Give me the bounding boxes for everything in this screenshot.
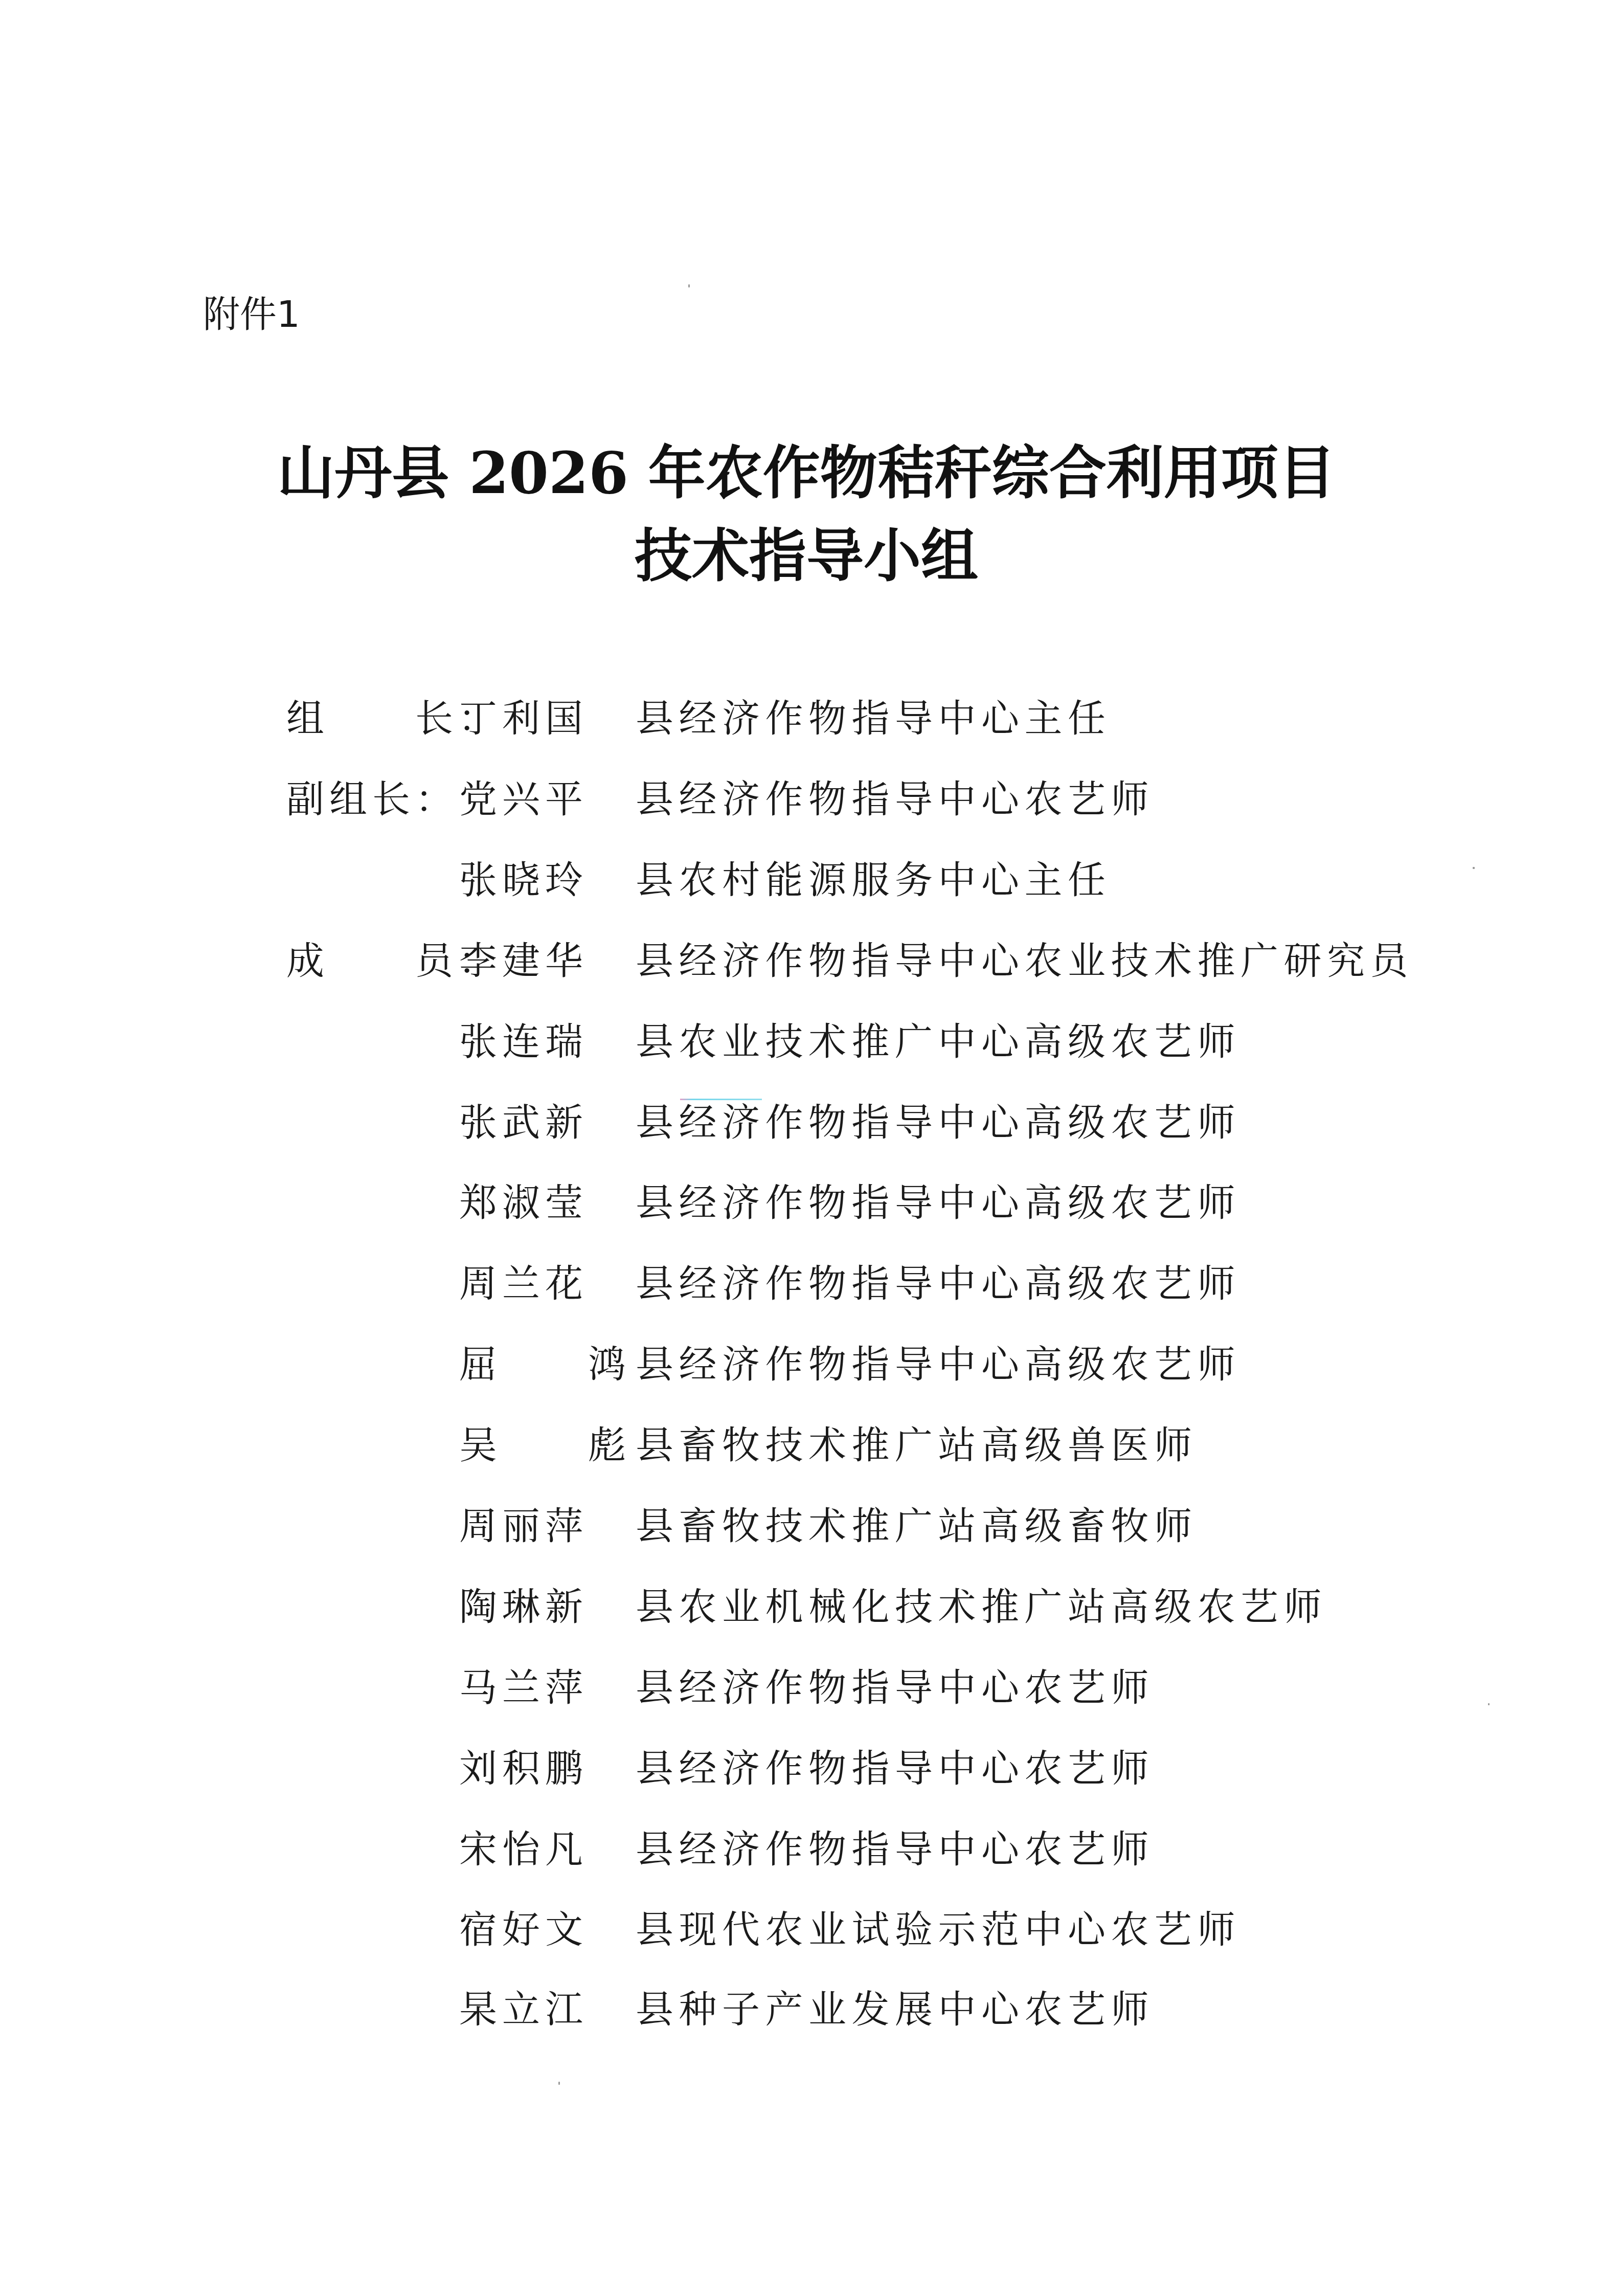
person-position: 县现代农业试验示范中心农艺师 [636,1902,1241,1958]
person-position: 县经济作物指导中心高级农艺师 [636,1175,1241,1231]
roster-row-member: 屈 鸿 县经济作物指导中心高级农艺师 [0,1336,1623,1393]
person-name: 周丽萍 [459,1498,623,1554]
person-name: 张连瑞 [459,1014,623,1070]
person-name: 李建华 [459,933,623,989]
scan-artifact-speck [1473,867,1475,869]
roster-row-member: 宿好文 县现代农业试验示范中心农艺师 [0,1902,1623,1958]
person-position: 县经济作物指导中心农艺师 [636,771,1154,828]
person-name: 郑淑莹 [459,1175,623,1231]
person-position: 县经济作物指导中心农艺师 [636,1660,1154,1716]
person-name: 党兴平 [459,771,623,828]
person-position: 县经济作物指导中心农艺师 [636,1741,1154,1797]
roster-row-member: 张连瑞 县农业技术推广中心高级农艺师 [0,1014,1623,1070]
role-label: 成 员： [286,933,455,989]
person-position: 县农业机械化技术推广站高级农艺师 [636,1579,1327,1635]
person-name: 马兰萍 [459,1660,623,1716]
roster-row-member: 周兰花 县经济作物指导中心高级农艺师 [0,1256,1623,1312]
roster-row-deputy-leader: 副组长： 党兴平 县经济作物指导中心农艺师 [0,771,1623,828]
scan-artifact-speck [558,2082,560,2085]
person-name: 杲立江 [459,1981,623,2038]
roster-row-member: 吴 彪 县畜牧技术推广站高级兽医师 [0,1417,1623,1474]
role-label: 组 长： [286,690,455,747]
roster-row-member: 宋怡凡 县经济作物指导中心农艺师 [0,1821,1623,1878]
document-title-line-1: 山丹县 2026 年农作物秸秆综合利用项目 [0,438,1618,509]
attachment-label: 附件1 [203,289,300,339]
roster-row-member: 周丽萍 县畜牧技术推广站高级畜牧师 [0,1498,1623,1554]
scan-artifact-line [680,1099,762,1100]
roster-row-member: 成 员： 李建华 县经济作物指导中心农业技术推广研究员 [0,933,1623,989]
person-position: 县畜牧技术推广站高级兽医师 [636,1417,1198,1474]
person-position: 县经济作物指导中心高级农艺师 [636,1095,1241,1151]
roster-row-deputy-leader: 张晓玲 县农村能源服务中心主任 [0,852,1623,908]
person-name: 宋怡凡 [459,1821,623,1878]
person-position: 县经济作物指导中心主任 [636,690,1111,747]
person-position: 县经济作物指导中心农艺师 [636,1821,1154,1878]
person-name: 丁利国 [459,690,623,747]
person-position: 县经济作物指导中心农业技术推广研究员 [636,933,1413,989]
roster-row-member: 刘积鹏 县经济作物指导中心农艺师 [0,1741,1623,1797]
roster-row-member: 郑淑莹 县经济作物指导中心高级农艺师 [0,1175,1623,1231]
document-page: 附件1 山丹县 2026 年农作物秸秆综合利用项目 技术指导小组 组 长： 丁利… [0,0,1623,2296]
person-name: 屈 鸿 [459,1336,623,1393]
person-name: 周兰花 [459,1256,623,1312]
roster-row-leader: 组 长： 丁利国 县经济作物指导中心主任 [0,690,1623,747]
person-position: 县畜牧技术推广站高级畜牧师 [636,1498,1198,1554]
person-name: 刘积鹏 [459,1741,623,1797]
person-position: 县经济作物指导中心高级农艺师 [636,1336,1241,1393]
person-position: 县农村能源服务中心主任 [636,852,1111,908]
person-name: 张武新 [459,1095,623,1151]
role-label: 副组长： [286,771,455,828]
roster-row-member: 杲立江 县种子产业发展中心农艺师 [0,1981,1623,2038]
person-position: 县种子产业发展中心农艺师 [636,1981,1154,2038]
person-name: 吴 彪 [459,1417,623,1474]
roster-row-member: 张武新 县经济作物指导中心高级农艺师 [0,1095,1623,1151]
document-title-line-2: 技术指导小组 [0,521,1618,592]
person-position: 县农业技术推广中心高级农艺师 [636,1014,1241,1070]
scan-artifact-speck [688,284,690,287]
person-name: 宿好文 [459,1902,623,1958]
person-name: 陶琳新 [459,1579,623,1635]
person-position: 县经济作物指导中心高级农艺师 [636,1256,1241,1312]
scan-artifact-speck [1488,1703,1490,1705]
roster-row-member: 陶琳新 县农业机械化技术推广站高级农艺师 [0,1579,1623,1635]
person-name: 张晓玲 [459,852,623,908]
roster-row-member: 马兰萍 县经济作物指导中心农艺师 [0,1660,1623,1716]
